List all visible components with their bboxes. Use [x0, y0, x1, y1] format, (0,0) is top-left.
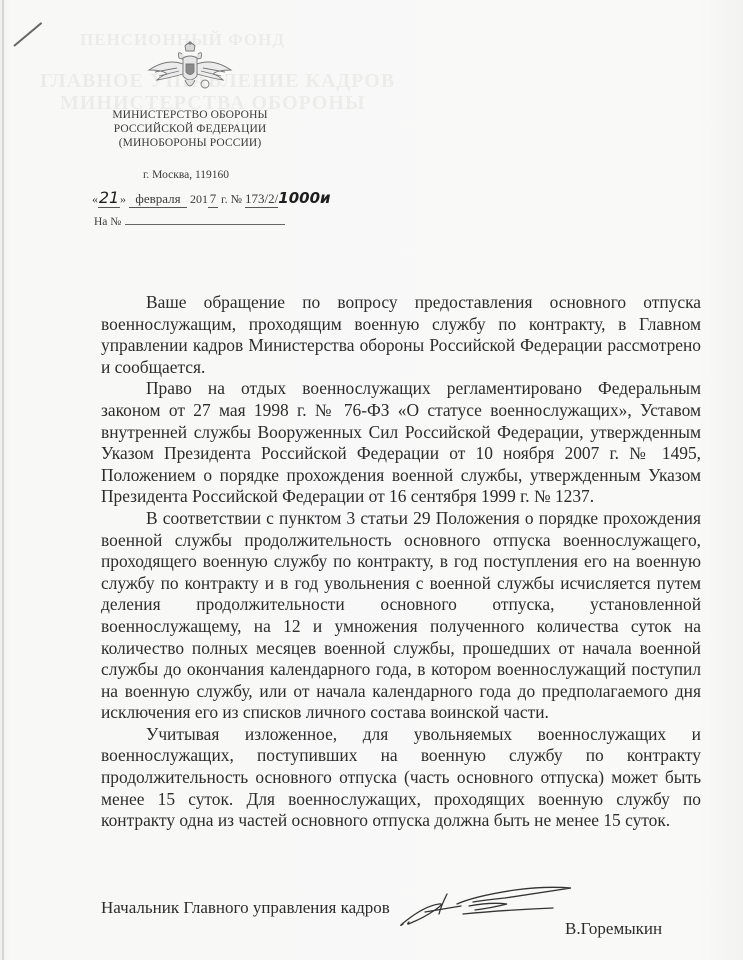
month-field: февраля [129, 191, 187, 208]
year-suffix: 7 [208, 191, 218, 208]
handwritten-signature [395, 884, 580, 929]
city-address: г. Москва, 119160 [143, 169, 229, 181]
pen-mark [13, 22, 42, 47]
scanned-page: ПЕНСИОННЫЙ ФОНД ГЛАВНОЕ УПРАВЛЕНИЕ КАДРО… [0, 0, 743, 960]
reference-label: На № [94, 216, 121, 228]
letterhead: МИНИСТЕРСТВО ОБОРОНЫ РОССИЙСКОЙ ФЕДЕРАЦИ… [100, 40, 280, 150]
close-quote: » [120, 192, 126, 206]
year-prefix: 201 [190, 192, 208, 206]
paragraph: В соответствии с пунктом 3 статьи 29 Пол… [101, 508, 701, 724]
reference-blank [125, 214, 285, 225]
paragraph: Ваше обращение по вопросу предоставления… [101, 292, 701, 378]
org-name-line: РОССИЙСКОЙ ФЕДЕРАЦИИ [100, 122, 280, 136]
signer-name: В.Горемыкин [565, 919, 662, 939]
org-short-name: (МИНОБОРОНЫ РОССИИ) [100, 136, 280, 150]
paragraph: Учитывая изложенное, для увольняемых вое… [101, 724, 701, 832]
handwritten-day: 21 [98, 188, 120, 208]
registration-number: 173/2/ [245, 191, 278, 208]
page-edge-shadow [2, 0, 4, 960]
double-headed-eagle-emblem [147, 40, 233, 98]
year-unit: г. [221, 192, 228, 206]
paragraph: Право на отдых военнослужащих регламенти… [101, 378, 701, 508]
org-name-line: МИНИСТЕРСТВО ОБОРОНЫ [100, 108, 280, 122]
handwritten-number: 1000и [278, 189, 330, 207]
number-sign: № [231, 192, 242, 206]
signer-position: Начальник Главного управления кадров [101, 898, 390, 918]
letter-body: Ваше обращение по вопросу предоставления… [101, 292, 701, 832]
registration-line: «21» февраля 2017 г. № 173/2/1000и [92, 188, 331, 208]
reference-line: На № [94, 214, 285, 228]
